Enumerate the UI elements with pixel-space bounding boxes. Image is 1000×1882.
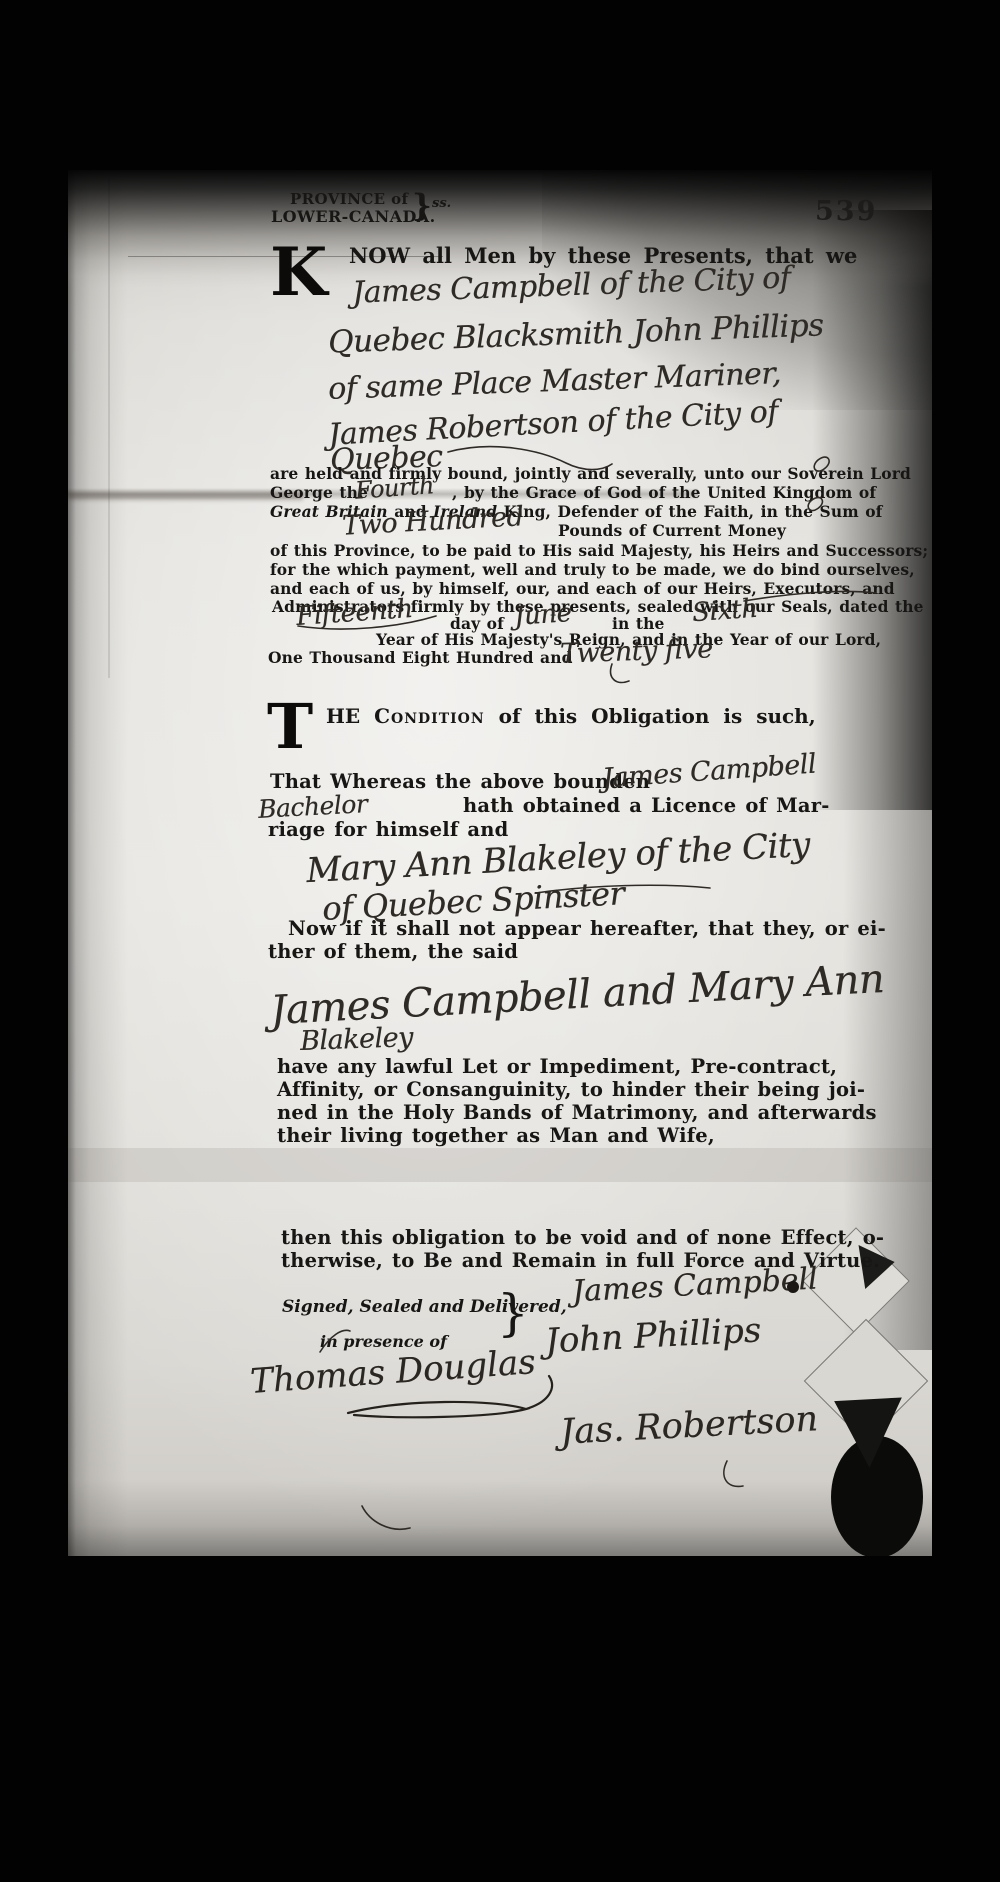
attestation-brace: } [497,1284,529,1342]
impediment-line-1: have any lawful Let or Impediment, Pre-c… [277,1055,837,1078]
condition-initial: T [267,702,313,753]
bond-line-5: of this Province, to be paid to His said… [270,541,928,560]
black-wax-seal [831,1436,923,1556]
bond-line-11: One Thousand Eight Hundred and [268,648,573,667]
bond-line-2-post: , by the Grace of God of the United King… [452,483,876,502]
bond-line-3-post: King, Defender of the Faith, in the Sum … [504,502,883,521]
now-if-line-2: ther of them, the said [268,940,518,963]
province-line-2: LOWER-CANADA. [271,207,436,226]
paper-left-shadow [68,170,128,1556]
header-ss-mark: ss. [432,196,451,211]
opening-initial: K [270,245,327,299]
paper-bottom-shadow [68,1480,932,1556]
bond-line-2-pre: George the [270,483,368,502]
reign-year-handwritten: Sixth [691,594,758,628]
regnal-name-handwritten: Fourth [354,471,435,504]
microfilm-frame: PROVINCE of LOWER-CANADA. } ss. 539 K NO… [0,0,1000,1882]
now-if-line-1: Now if it shall not appear hereafter, th… [288,917,886,940]
licence-line: hath obtained a Licence of Mar- [463,794,830,817]
paper-tone-band [68,1148,932,1182]
paper-seam-line [108,178,110,678]
page-number: 539 [815,196,877,227]
whereas-line: That Whereas the above bounden [270,770,650,793]
impediment-line-2: Affinity, or Consanguinity, to hinder th… [277,1078,865,1101]
condition-head-he: HE [326,704,360,728]
impediment-line-4: their living together as Man and Wife, [277,1124,715,1147]
paper-crease-dark [68,492,303,500]
couple-names-handwritten-2: Blakeley [299,1022,413,1057]
year-handwritten: Twenty five [560,633,714,669]
condition-head-rest: of this Obligation is such, [499,704,816,728]
bond-line-6: for the which payment, well and truly to… [270,560,915,579]
bond-line-7: and each of us, by himself, our, and eac… [270,579,895,598]
header-brace: } [412,188,432,224]
void-line-1: then this obligation to be void and of n… [281,1226,884,1249]
presence-label: in presence of [320,1332,447,1351]
condition-head-word: Condition [374,704,485,728]
bond-line-4: Pounds of Current Money [558,521,786,540]
month-handwritten: June [513,598,572,632]
province-line-1: PROVINCE of [290,190,408,208]
licence-continuation: riage for himself and [268,818,508,841]
impediment-line-3: ned in the Holy Bands of Matrimony, and … [277,1101,877,1124]
